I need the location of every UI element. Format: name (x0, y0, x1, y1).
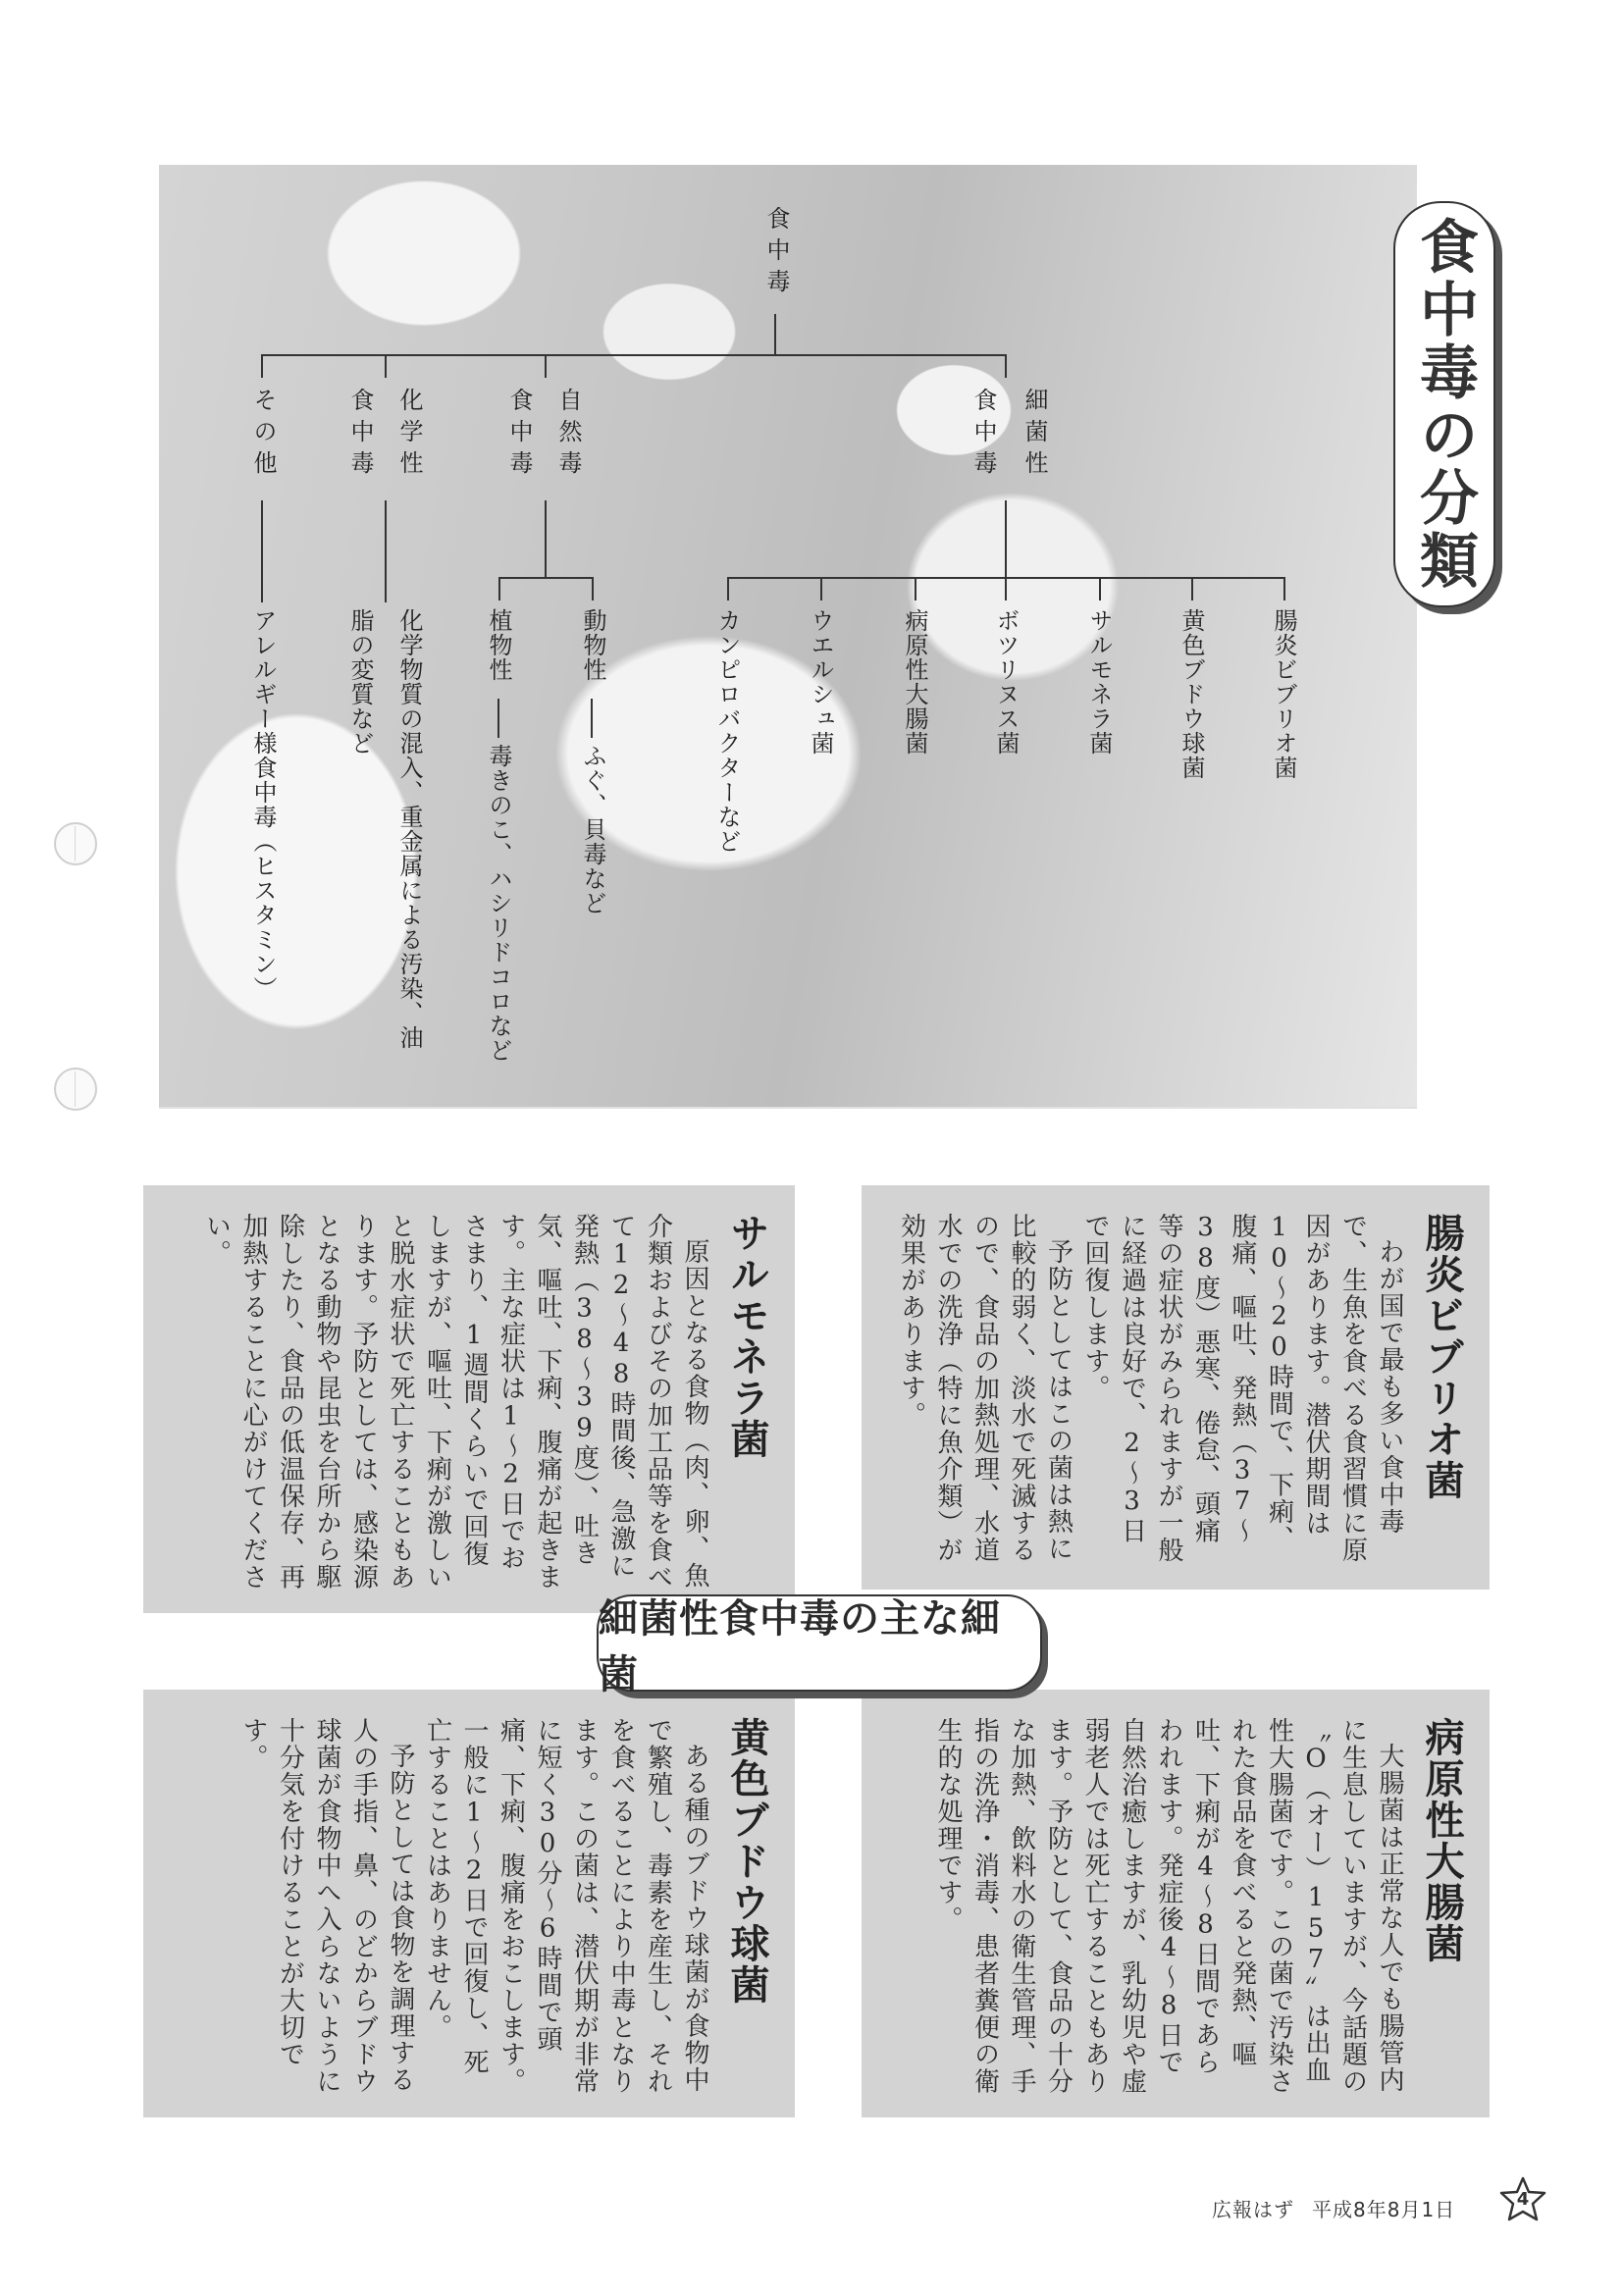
tree-connector (727, 577, 729, 600)
other-detail: アレルギー様食中毒（ヒスタミン） (249, 608, 277, 1001)
tree-connector (915, 577, 916, 600)
natural-plant-type: 植物性 (485, 608, 512, 682)
article-staph: 黄色ブドウ球菌 ある種のブドウ球菌が食物中で繁殖し、毒素を産生し、それを食べるこ… (143, 1690, 795, 2117)
bacteria-welchii: ウエルシュ菌 (807, 608, 834, 756)
tree-connector (498, 577, 593, 579)
bacteria-vibrio: 腸炎ビブリオ菌 (1270, 608, 1297, 780)
tree-connector (545, 354, 547, 378)
natural-plant-examples: 毒きのこ、ハシリドコロなど (485, 744, 512, 1063)
category-chemical-line1: 化学性 (395, 388, 423, 482)
page-number-badge: 4 (1499, 2176, 1546, 2221)
tree-connector (1283, 577, 1285, 600)
tree-connector (498, 577, 500, 600)
tree-connector (385, 500, 387, 602)
section-title-badge: 細菌性食中毒の主な細菌 (597, 1594, 1042, 1692)
article-body: 大腸菌は正常な人でも腸管内に生息していますが、今話題の〝O（オー）157〟は出血… (879, 1717, 1407, 2098)
article-paragraph: 大腸菌は正常な人でも腸管内に生息していますが、今話題の〝O（オー）157〟は出血… (929, 1717, 1408, 2098)
category-natural-line2: 食中毒 (505, 388, 533, 482)
category-natural-line1: 自然毒 (554, 388, 582, 482)
tree-connector (1099, 577, 1101, 600)
article-body: 原因となる食物（肉、卵、魚介類およびその加工品等を食べて12〜48時間後、急激に… (161, 1213, 712, 1593)
bacteria-campylobacter: カンピロバクターなど (713, 608, 741, 854)
tree-connector (261, 500, 263, 602)
article-heading: 病原性大腸菌 (1414, 1717, 1470, 1964)
tree-connector (545, 500, 547, 577)
page-title: 食中毒の分類 (1402, 216, 1487, 593)
tree-connector (591, 699, 593, 738)
bacteria-botulinum: ボツリヌス菌 (992, 608, 1020, 756)
category-chemical-line2: 食中毒 (346, 388, 374, 482)
tree-connector (1191, 577, 1193, 600)
tree-connector (261, 354, 1006, 356)
natural-animal-examples: ふぐ、貝毒など (579, 744, 606, 915)
binder-hole (54, 1068, 97, 1111)
category-other: その他 (249, 388, 277, 482)
article-paragraph: わが国で最も多い食中毒で、生魚を食べる食習慣に原因があります。潜伏期間は10〜2… (1076, 1213, 1408, 1570)
article-heading: 黄色ブドウ球菌 (719, 1717, 775, 2006)
bacteria-staph: 黄色ブドウ球菌 (1178, 608, 1205, 780)
publication-name: 広報はず (1212, 2198, 1294, 2221)
page-number: 4 (1499, 2189, 1546, 2210)
binder-hole (54, 822, 97, 865)
section-title: 細菌性食中毒の主な細菌 (599, 1588, 1040, 1699)
article-ecoli: 病原性大腸菌 大腸菌は正常な人でも腸管内に生息していますが、今話題の〝O（オー）… (862, 1690, 1490, 2117)
article-paragraph: ある種のブドウ球菌が食物中で繁殖し、毒素を産生し、それを食べることにより中毒とな… (418, 1717, 712, 2098)
article-paragraph: 原因となる食物（肉、卵、魚介類およびその加工品等を食べて12〜48時間後、急激に… (197, 1213, 712, 1593)
publication-date: 平成8年8月1日 (1312, 2198, 1455, 2221)
tree-connector (820, 577, 822, 600)
bacteria-salmonella: サルモネラ菌 (1085, 608, 1113, 756)
article-body: わが国で最も多い食中毒で、生魚を食べる食習慣に原因があります。潜伏期間は10〜2… (879, 1213, 1407, 1570)
tree-connector (1005, 354, 1007, 378)
chemical-detail-line1: 化学物質の混入、重金属による汚染、油 (395, 608, 423, 1050)
category-bacterial-line1: 細菌性 (1021, 388, 1048, 482)
article-paragraph: 予防としては食物を調理する人の手指、鼻、のどからブドウ球菌が食物中へ入らないよう… (235, 1717, 419, 2098)
article-body: ある種のブドウ球菌が食物中で繁殖し、毒素を産生し、それを食べることにより中毒とな… (161, 1717, 712, 2098)
tree-connector (1005, 577, 1007, 600)
category-bacterial-line2: 食中毒 (969, 388, 997, 482)
tree-connector (497, 699, 499, 738)
tree-connector (261, 354, 263, 378)
footer: 広報はず平成8年8月1日 (1212, 2194, 1455, 2222)
tree-connector (1005, 500, 1007, 577)
natural-animal-type: 動物性 (579, 608, 606, 682)
article-heading: サルモネラ菌 (719, 1213, 775, 1460)
article-heading: 腸炎ビブリオ菌 (1414, 1213, 1470, 1501)
tree-root: 食中毒 (762, 206, 790, 300)
tree-connector (774, 314, 776, 355)
tree-connector (385, 354, 387, 378)
tree-connector (592, 577, 594, 600)
page-title-badge: 食中毒の分類 (1393, 201, 1495, 607)
article-salmonella: サルモネラ菌 原因となる食物（肉、卵、魚介類およびその加工品等を食べて12〜48… (143, 1185, 795, 1613)
chemical-detail-line2: 脂の変質など (346, 608, 374, 756)
article-paragraph: 予防としてはこの菌は熱に比較的弱く、淡水で死滅するので、食品の加熱処理、水道水で… (892, 1213, 1076, 1570)
article-vibrio: 腸炎ビブリオ菌 わが国で最も多い食中毒で、生魚を食べる食習慣に原因があります。潜… (862, 1185, 1490, 1590)
bacteria-ecoli: 病原性大腸菌 (901, 608, 928, 756)
